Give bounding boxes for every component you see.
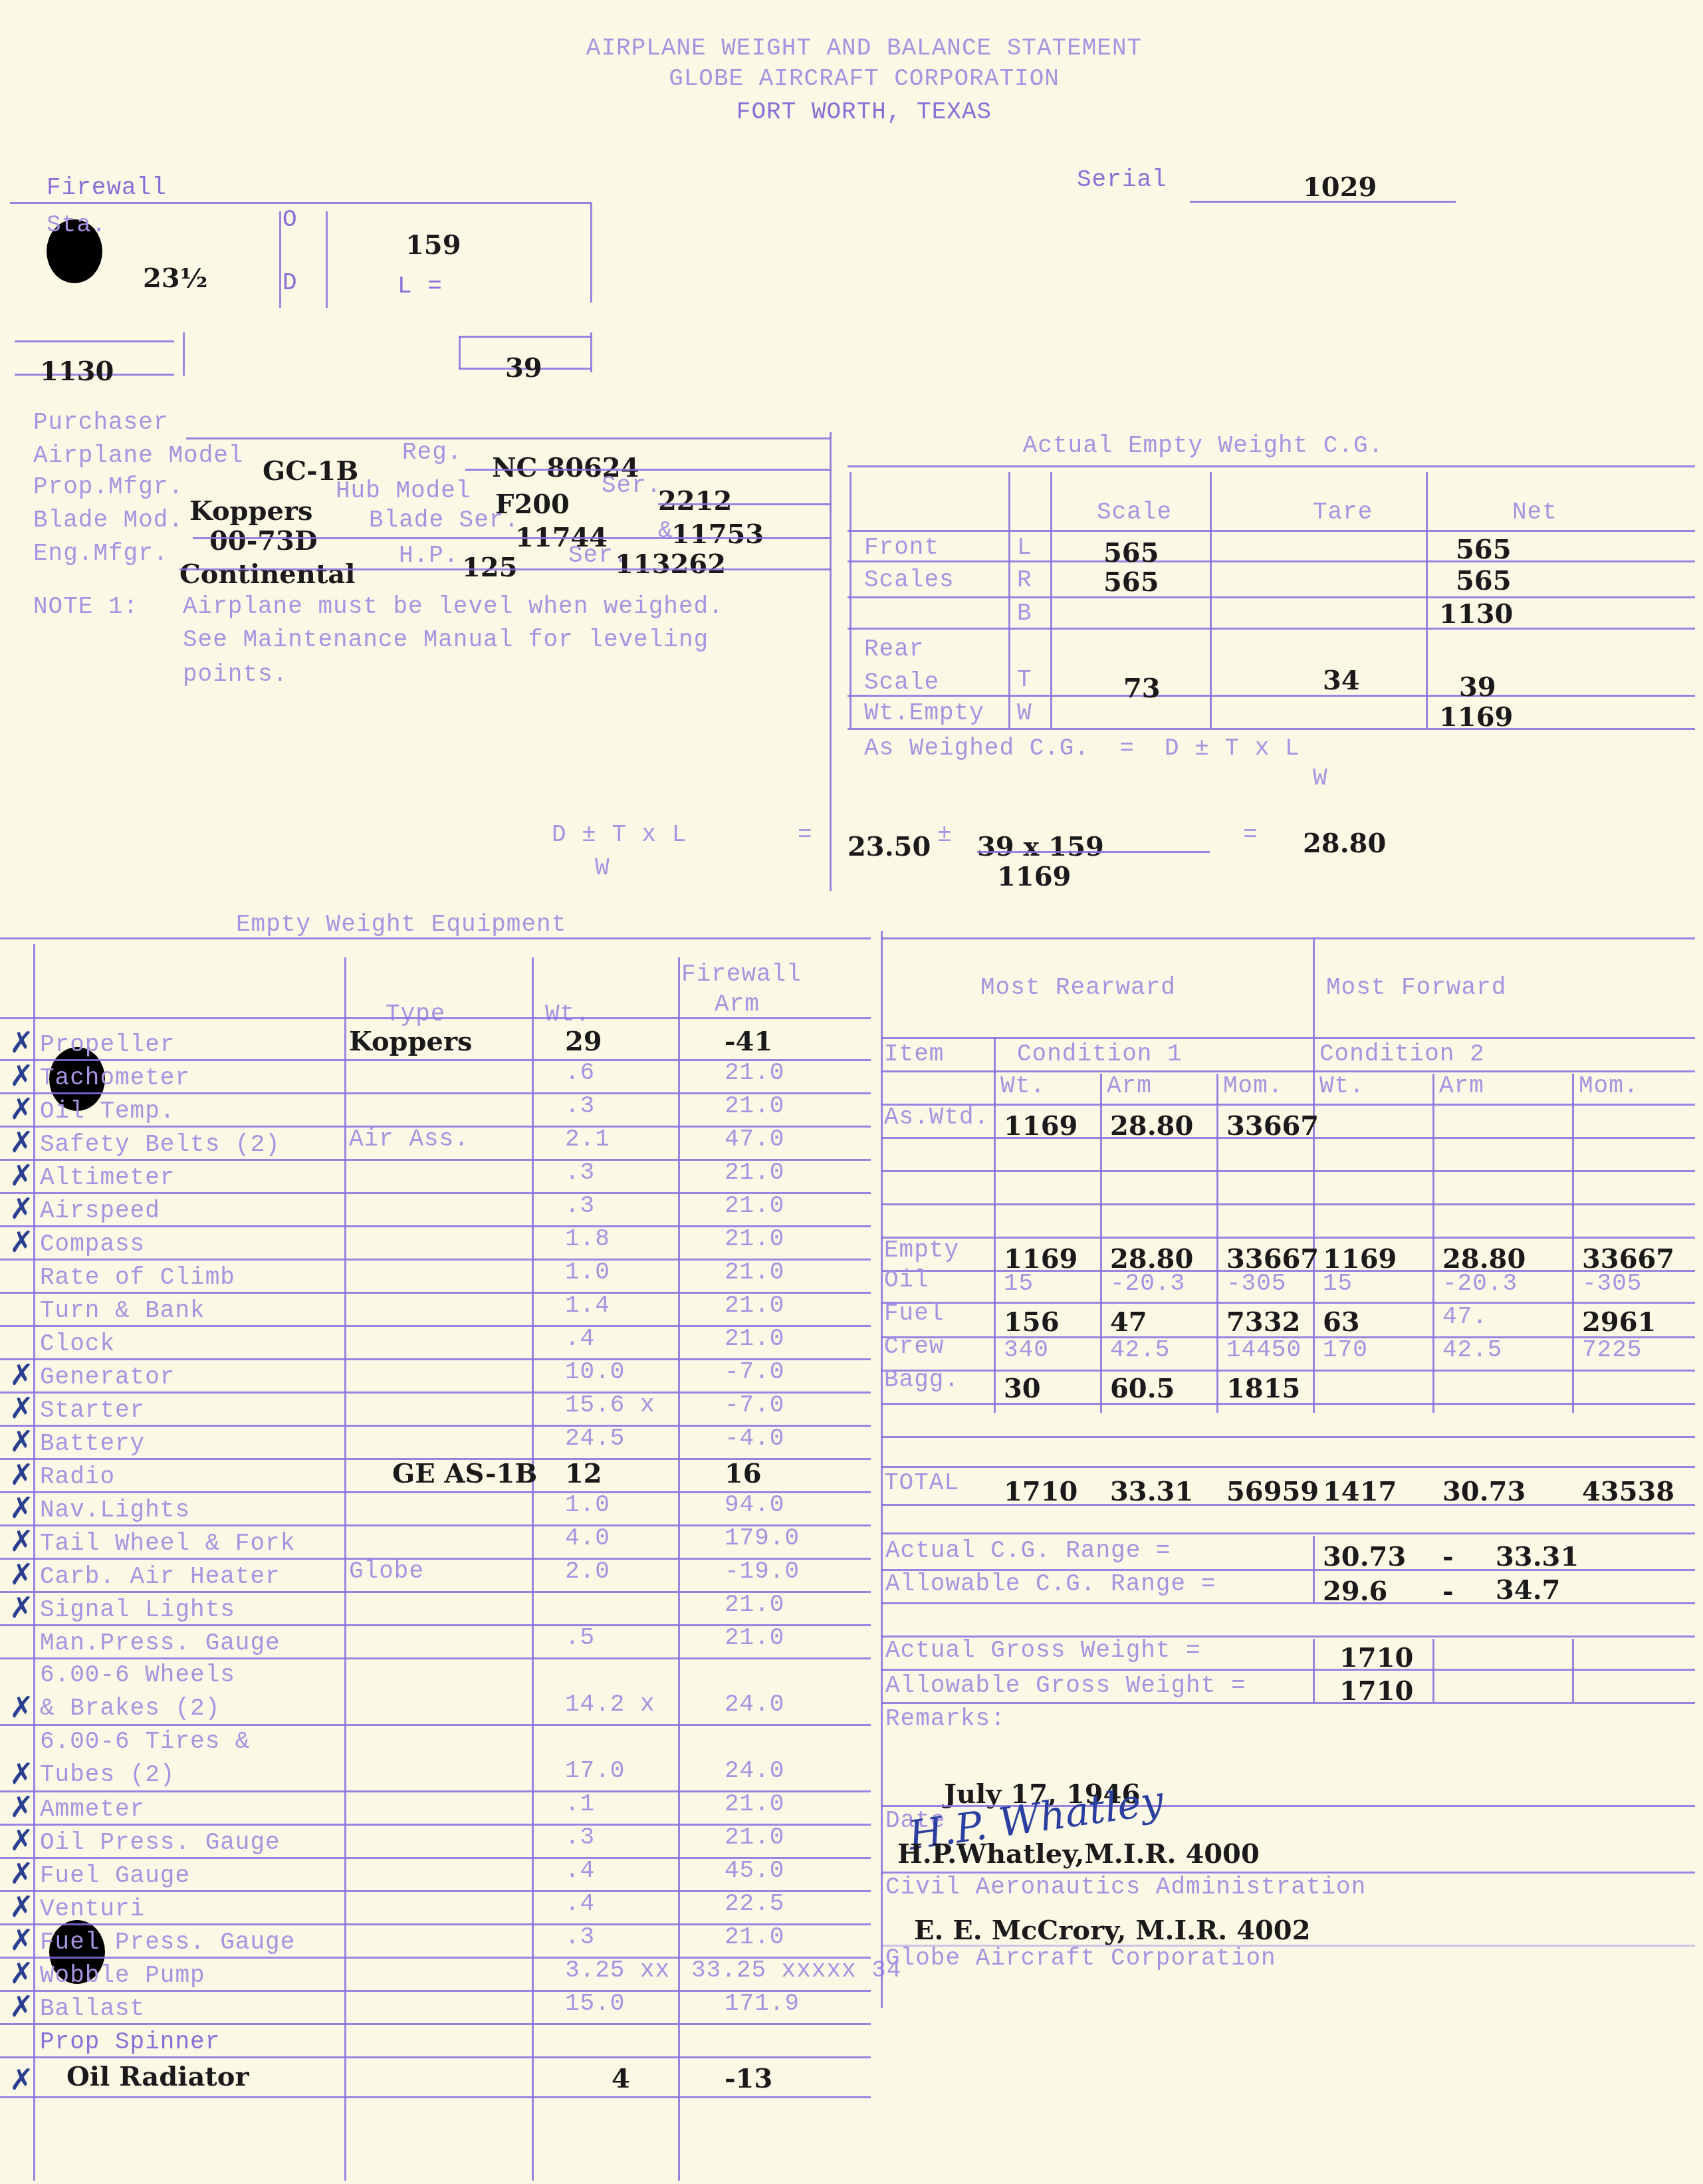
check-x-icon: ✗	[9, 1524, 34, 1558]
row-b-code: B	[1017, 600, 1032, 627]
calc-equals-2: =	[1243, 821, 1258, 848]
loading-item-label: Oil	[884, 1267, 929, 1294]
equipment-item: Starter	[40, 1394, 145, 1427]
empty-cg-title: Actual Empty Weight C.G.	[904, 432, 1502, 459]
l-value: 159	[405, 229, 461, 261]
col-scale: Scale	[1097, 499, 1172, 526]
loading-cell: 1417	[1323, 1476, 1397, 1507]
loading-cell: 33.31	[1110, 1476, 1193, 1507]
equipment-title: Empty Weight Equipment	[236, 911, 566, 938]
note-line-3: points.	[183, 661, 288, 688]
check-x-icon: ✗	[9, 1857, 34, 1891]
eng-line	[179, 568, 831, 570]
row-scales-code: R	[1017, 566, 1032, 594]
equipment-item: Propeller	[40, 1029, 175, 1062]
diagram-top-line	[10, 202, 592, 204]
loading-cell: 42.5	[1110, 1336, 1170, 1364]
loading-cell: -20.3	[1110, 1270, 1185, 1297]
equipment-weight: 12	[565, 1458, 602, 1489]
loading-item-label: Empty	[884, 1237, 959, 1264]
loading-item-label: Bagg.	[884, 1366, 959, 1394]
col-arm-2: Arm	[715, 991, 760, 1018]
hub-model-label: Hub Model	[336, 477, 471, 505]
allowable-gross-label: Allowable Gross Weight =	[885, 1672, 1246, 1699]
loading-cell: 47.	[1442, 1303, 1488, 1330]
loading-cell: 2961	[1582, 1306, 1656, 1338]
cg-range-line	[881, 1532, 1695, 1534]
loading-cell: 15	[1323, 1270, 1353, 1297]
front-right-net: 565	[1456, 565, 1512, 596]
loading-left-border	[881, 931, 883, 2008]
hub-line	[658, 503, 831, 505]
equipment-arm: 21.0	[725, 1225, 784, 1253]
equipment-arm: 21.0	[725, 1159, 784, 1186]
check-x-icon: ✗	[9, 1824, 34, 1858]
equipment-weight: .1	[565, 1790, 595, 1818]
front-right-scale: 565	[1103, 566, 1159, 598]
equipment-type: Koppers	[349, 1026, 473, 1057]
equipment-item: Prop Spinner	[40, 2026, 220, 2059]
reg-line	[465, 469, 831, 471]
equipment-arm: 21.0	[725, 1591, 784, 1618]
loading-item-label: Crew	[884, 1333, 944, 1360]
equipment-weight: 24.5	[565, 1425, 625, 1452]
loading-col	[1216, 1074, 1218, 1413]
loading-subheader: Arm	[1439, 1072, 1484, 1100]
equipment-item: 6.00-6 Tires & Tubes (2)	[40, 1725, 250, 1792]
condition-1-label: Condition 1	[1017, 1040, 1183, 1068]
equipment-weight: 3.25 xx	[565, 1957, 670, 1984]
check-x-icon: ✗	[9, 1890, 34, 1924]
calc-formula-den: W	[595, 854, 610, 882]
diagram-divider	[279, 211, 281, 308]
hp-label: H.P.	[399, 542, 459, 569]
calc-result: 28.80	[1303, 828, 1386, 859]
equipment-arm: 16	[725, 1458, 762, 1489]
col-wt: Wt.	[545, 1001, 590, 1028]
cg-panel-border	[830, 432, 832, 891]
equipment-item: Oil Press. Gauge	[40, 1826, 281, 1860]
equipment-arm: 21.0	[725, 1790, 784, 1818]
serial-label: Serial	[1077, 166, 1167, 193]
equipment-weight: 29	[565, 1026, 602, 1057]
check-x-icon: ✗	[9, 1990, 34, 2024]
equip-col-line	[678, 957, 680, 2181]
inspector-1: H.P.Whatley,M.I.R. 4000	[897, 1838, 1260, 1870]
loading-row-divider	[881, 1104, 1695, 1106]
cg-range-col	[1313, 1536, 1315, 1602]
equipment-item: Ballast	[40, 1993, 145, 2026]
loading-cell: 15	[1004, 1270, 1034, 1297]
check-x-icon: ✗	[9, 1957, 34, 1991]
row-front-code: L	[1017, 534, 1032, 561]
rear-box-side	[590, 332, 592, 372]
loading-cell: -20.3	[1442, 1270, 1518, 1297]
note-label: NOTE 1:	[33, 593, 138, 620]
calc-weight: 1169	[997, 861, 1071, 892]
diagram-divider	[326, 211, 328, 308]
loading-cell: -305	[1582, 1270, 1642, 1297]
rear-scale: 73	[1123, 673, 1161, 704]
equip-header-line	[0, 1017, 871, 1019]
equipment-weight: 14.2 x	[565, 1691, 655, 1718]
rear-box-side	[459, 336, 461, 369]
eng-mfgr-label: Eng.Mfgr.	[33, 540, 168, 567]
prop-mfgr-value: Koppers	[189, 495, 313, 527]
equipment-weight: 15.0	[565, 1990, 625, 2017]
check-x-icon: ✗	[9, 1923, 34, 1957]
blade-ser-value-2: 11753	[671, 519, 764, 550]
loading-cell: 33667	[1226, 1110, 1319, 1142]
equipment-arm: 171.9	[725, 1990, 800, 2017]
equipment-arm: 21.0	[725, 1624, 784, 1651]
equipment-item: Airspeed	[40, 1195, 160, 1228]
loading-cell: 60.5	[1110, 1373, 1175, 1404]
loading-mid-line	[1313, 937, 1315, 1413]
equipment-arm: 45.0	[725, 1857, 784, 1884]
rear-box-top	[459, 336, 592, 338]
equipment-item: Tachometer	[40, 1062, 190, 1095]
equipment-arm: 94.0	[725, 1491, 784, 1518]
station-label: Sta.	[47, 211, 106, 239]
equipment-weight: .4	[565, 1890, 595, 1917]
document-title: AIRPLANE WEIGHT AND BALANCE STATEMENT	[465, 35, 1263, 62]
loading-row-divider	[881, 1237, 1695, 1239]
equip-col-line	[532, 957, 534, 2181]
equipment-item: Man.Press. Gauge	[40, 1627, 281, 1660]
row-rear-code: T	[1017, 666, 1032, 693]
allowable-cg-label: Allowable C.G. Range =	[885, 1570, 1216, 1598]
loading-top-line	[881, 937, 1695, 939]
loading-cell: 56959	[1226, 1476, 1319, 1507]
equipment-type: Air Ass.	[349, 1126, 469, 1153]
equipment-type: Globe	[349, 1558, 424, 1585]
equipment-arm: 21.0	[725, 1292, 784, 1319]
condition-2-label: Condition 2	[1319, 1040, 1485, 1068]
company-name: GLOBE AIRCRAFT CORPORATION	[465, 65, 1263, 92]
equipment-item: Venturi	[40, 1893, 145, 1926]
loading-cell: 1710	[1004, 1476, 1078, 1507]
loading-item-label: TOTAL	[884, 1469, 959, 1497]
equipment-arm: 21.0	[725, 1059, 784, 1086]
row-wt-empty-label: Wt.Empty	[864, 699, 984, 727]
equip-col-line	[344, 957, 346, 2181]
loading-subheader: Wt.	[1319, 1072, 1365, 1100]
loading-cell: 30	[1004, 1373, 1041, 1404]
loading-col	[1100, 1074, 1102, 1413]
equipment-arm: 21.0	[725, 1824, 784, 1851]
as-weighed-formula: As Weighed C.G. = D ± T x L	[864, 735, 1300, 762]
row-scales-label: Scales	[864, 566, 955, 594]
rear-net: 39	[1459, 671, 1496, 703]
check-x-icon: ✗	[9, 1790, 34, 1824]
gross-col	[1313, 1639, 1315, 1702]
cg-col-line	[850, 472, 851, 728]
calc-fraction-bar	[977, 851, 1210, 853]
equipment-arm: 21.0	[725, 1259, 784, 1286]
eng-mfgr-value: Continental	[179, 558, 355, 590]
note-line-1: Airplane must be level when weighed.	[183, 593, 724, 620]
col-tare: Tare	[1313, 499, 1373, 526]
front-box-side	[183, 332, 185, 376]
equipment-arm: 22.5	[725, 1890, 784, 1917]
model-label: Airplane Model	[33, 442, 243, 469]
equipment-item: Fuel Press. Gauge	[40, 1926, 295, 1959]
equipment-item: Fuel Gauge	[40, 1860, 190, 1893]
cg-table-line	[848, 628, 1695, 630]
equipment-item: Ammeter	[40, 1793, 145, 1826]
check-x-icon: ✗	[9, 1757, 34, 1791]
row-divider	[0, 2056, 871, 2058]
equipment-weight: .5	[565, 1624, 595, 1651]
loading-subheader: Mom.	[1579, 1072, 1639, 1100]
serial-value: 1029	[1303, 172, 1377, 203]
check-x-icon: ✗	[9, 1092, 34, 1126]
equipment-weight: .6	[565, 1059, 595, 1086]
equipment-item: Wobble Pump	[40, 1959, 205, 1993]
actual-cg-to: 33.31	[1496, 1541, 1579, 1572]
equipment-arm: 21.0	[725, 1923, 784, 1951]
loading-cell: 43538	[1582, 1476, 1674, 1507]
equipment-weight: 2.1	[565, 1126, 610, 1153]
loading-cell: 7225	[1582, 1336, 1642, 1364]
equipment-weight: 10.0	[565, 1358, 625, 1386]
cg-table-line	[848, 530, 1695, 532]
equipment-arm: -7.0	[725, 1358, 784, 1386]
equipment-item: Tail Wheel & Fork	[40, 1527, 295, 1560]
loading-cell: 7332	[1226, 1306, 1300, 1338]
cg-col-line	[1210, 472, 1212, 728]
check-x-icon: ✗	[9, 1059, 34, 1093]
check-x-icon: ✗	[9, 1358, 34, 1392]
equipment-item: Turn & Bank	[40, 1294, 205, 1328]
front-left-net: 565	[1456, 534, 1512, 565]
equipment-weight: 15.6 x	[565, 1392, 655, 1419]
prop-mfgr-label: Prop.Mfgr.	[33, 473, 183, 501]
check-x-icon: ✗	[9, 1425, 34, 1459]
equip-top-line	[0, 937, 871, 939]
cg-col-line	[1008, 472, 1010, 728]
actual-cg-dash: -	[1442, 1541, 1454, 1572]
item-label: Item	[884, 1040, 944, 1068]
loading-row-divider	[881, 1203, 1695, 1205]
rear-total: 39	[505, 352, 542, 384]
cg-col-line	[1050, 472, 1052, 728]
firewall-label: Firewall	[47, 174, 167, 201]
row-front-label: Front	[864, 534, 939, 561]
loading-cell: 42.5	[1442, 1336, 1502, 1364]
loading-col	[1572, 1074, 1574, 1413]
rear-tare: 34	[1323, 665, 1360, 696]
front-left-scale: 565	[1103, 537, 1159, 568]
equipment-weight: 1.0	[565, 1491, 610, 1518]
d-value: 23½	[143, 263, 207, 294]
col-type: Type	[386, 1001, 445, 1028]
cg-table-line	[848, 560, 1695, 562]
calc-plusminus: ±	[937, 821, 953, 848]
blade-mod-label: Blade Mod.	[33, 507, 183, 534]
as-weighed-formula-den: W	[1313, 765, 1328, 792]
org-2: Globe Aircraft Corporation	[885, 1945, 1276, 1972]
equipment-item: 6.00-6 Wheels & Brakes (2)	[40, 1659, 235, 1725]
loading-row-divider	[881, 1170, 1695, 1172]
calc-d: 23.50	[848, 831, 931, 862]
check-x-icon: ✗	[9, 1591, 34, 1625]
note-line-2: See Maintenance Manual for leveling	[183, 626, 709, 654]
equipment-arm: 33.25 xxxxx 34	[691, 1957, 901, 1984]
check-x-icon: ✗	[9, 1126, 34, 1159]
equipment-arm: 21.0	[725, 1325, 784, 1352]
inspector-2: E. E. McCrory, M.I.R. 4002	[914, 1915, 1311, 1946]
check-x-icon: ✗	[9, 1392, 34, 1425]
check-x-icon: ✗	[9, 1225, 34, 1259]
d-label: D	[283, 269, 298, 297]
check-x-icon: ✗	[9, 1458, 34, 1492]
loading-cell: 170	[1323, 1336, 1368, 1364]
loading-subheader: Wt.	[1000, 1072, 1046, 1100]
equipment-type: GE AS-1B	[392, 1458, 537, 1489]
equipment-item: Carb. Air Heater	[40, 1560, 281, 1594]
loading-row-divider	[881, 1436, 1695, 1438]
equipment-arm: -19.0	[725, 1558, 800, 1585]
most-rearward-label: Most Rearward	[980, 974, 1176, 1001]
col-arm-1: Firewall	[681, 961, 802, 988]
equipment-item: Rate of Climb	[40, 1261, 235, 1294]
check-x-icon: ✗	[9, 1026, 34, 1060]
gross-col	[1432, 1639, 1434, 1702]
loading-subheader: Arm	[1107, 1072, 1152, 1100]
loading-item-label: As.Wtd.	[884, 1104, 989, 1131]
loading-cell: -305	[1226, 1270, 1286, 1297]
check-x-icon: ✗	[9, 1691, 34, 1725]
equipment-arm: 24.0	[725, 1691, 784, 1718]
front-total: 1130	[40, 356, 114, 387]
front-both-net: 1130	[1439, 598, 1513, 630]
check-x-icon: ✗	[9, 1491, 34, 1525]
calc-numerator: 39 x 159	[977, 831, 1104, 862]
col-net: Net	[1512, 499, 1557, 526]
equipment-arm: -41	[725, 1026, 772, 1057]
equipment-item: Clock	[40, 1328, 115, 1361]
loading-line	[881, 1037, 1695, 1039]
equipment-item: Oil Temp.	[40, 1095, 175, 1128]
cg-table-line	[848, 465, 1695, 467]
actual-cg-label: Actual C.G. Range =	[885, 1537, 1171, 1564]
reg-label: Reg.	[402, 439, 462, 466]
equipment-weight: .3	[565, 1923, 595, 1951]
cg-table-line	[848, 695, 1695, 697]
row-divider	[0, 2023, 871, 2025]
calc-formula: D ± T x L	[552, 821, 687, 848]
loading-item-label: Fuel	[884, 1300, 944, 1327]
loading-cell: 28.80	[1110, 1110, 1193, 1142]
check-x-icon: ✗	[9, 2063, 34, 2097]
gross-col	[1572, 1639, 1574, 1702]
equipment-weight: .3	[565, 1192, 595, 1219]
equipment-weight: 17.0	[565, 1757, 625, 1784]
equipment-weight: .4	[565, 1857, 595, 1884]
loading-cell: 47	[1110, 1306, 1147, 1338]
loading-cell: 1815	[1226, 1373, 1300, 1404]
actual-cg-from: 30.73	[1323, 1541, 1406, 1572]
equipment-item: Safety Belts (2)	[40, 1128, 281, 1161]
equipment-item: Battery	[40, 1427, 145, 1461]
purchaser-line	[186, 437, 831, 439]
equipment-item: Radio	[40, 1461, 115, 1494]
org-1: Civil Aeronautics Administration	[885, 1874, 1366, 1901]
loading-cell: 1169	[1004, 1110, 1078, 1142]
calc-equals: =	[798, 821, 813, 848]
equipment-weight: 2.0	[565, 1558, 610, 1585]
equipment-arm: -13	[725, 2063, 772, 2094]
loading-row-divider	[881, 1370, 1695, 1372]
equipment-weight: 1.8	[565, 1225, 610, 1253]
row-rear-label: Rear Scale	[864, 633, 939, 699]
blade-line	[193, 537, 831, 539]
equipment-weight: .3	[565, 1824, 595, 1851]
row-wt-empty-code: W	[1017, 699, 1032, 727]
check-x-icon: ✗	[9, 1192, 34, 1226]
hp-value: 125	[462, 552, 518, 583]
l-label: L =	[397, 273, 443, 300]
equipment-arm: 179.0	[725, 1524, 800, 1552]
cg-table-line	[848, 728, 1695, 730]
loading-cell: 156	[1004, 1306, 1060, 1338]
equipment-arm: 21.0	[725, 1092, 784, 1120]
equipment-weight: 1.0	[565, 1259, 610, 1286]
equipment-arm: -4.0	[725, 1425, 784, 1452]
eng-ser-value: 113262	[615, 548, 726, 580]
blade-ser-label: Blade Ser.	[369, 507, 519, 534]
check-x-icon: ✗	[9, 1159, 34, 1193]
check-x-icon: ✗	[9, 1558, 34, 1592]
loading-cell: 30.73	[1442, 1476, 1526, 1507]
remarks-label: Remarks:	[885, 1705, 1006, 1733]
equipment-weight: 1.4	[565, 1292, 610, 1319]
equipment-item: Oil Radiator	[66, 2061, 249, 2092]
row-divider	[0, 2096, 871, 2098]
equipment-item: Compass	[40, 1228, 145, 1261]
most-forward-label: Most Forward	[1326, 974, 1506, 1001]
loading-cell: 14450	[1226, 1336, 1302, 1364]
equipment-weight: .3	[565, 1159, 595, 1186]
equipment-item: Nav.Lights	[40, 1494, 190, 1527]
front-box-top	[15, 340, 174, 342]
loading-row-divider	[881, 1466, 1695, 1468]
equipment-arm: 21.0	[725, 1192, 784, 1219]
equipment-item: Generator	[40, 1361, 175, 1394]
equipment-arm: 24.0	[725, 1757, 784, 1784]
equipment-weight: .3	[565, 1092, 595, 1120]
actual-gross-label: Actual Gross Weight =	[885, 1637, 1201, 1664]
purchaser-label: Purchaser	[33, 409, 168, 436]
equipment-weight: .4	[565, 1325, 595, 1352]
hub-ser-label: Ser.	[602, 472, 661, 499]
gross-line	[881, 1702, 1695, 1704]
loading-row-divider	[881, 1302, 1695, 1304]
cg-range-line	[881, 1602, 1695, 1604]
hub-ser-value: 2212	[658, 485, 732, 517]
loading-col	[1432, 1074, 1434, 1413]
company-location: FORT WORTH, TEXAS	[465, 98, 1263, 126]
wt-empty-net: 1169	[1439, 701, 1513, 733]
loading-subheader: Mom.	[1223, 1072, 1283, 1100]
equipment-arm: -7.0	[725, 1392, 784, 1419]
equipment-item: Altimeter	[40, 1161, 175, 1195]
loading-cell: 340	[1004, 1336, 1049, 1364]
equipment-item: Signal Lights	[40, 1594, 235, 1627]
loading-cell: 63	[1323, 1306, 1360, 1338]
